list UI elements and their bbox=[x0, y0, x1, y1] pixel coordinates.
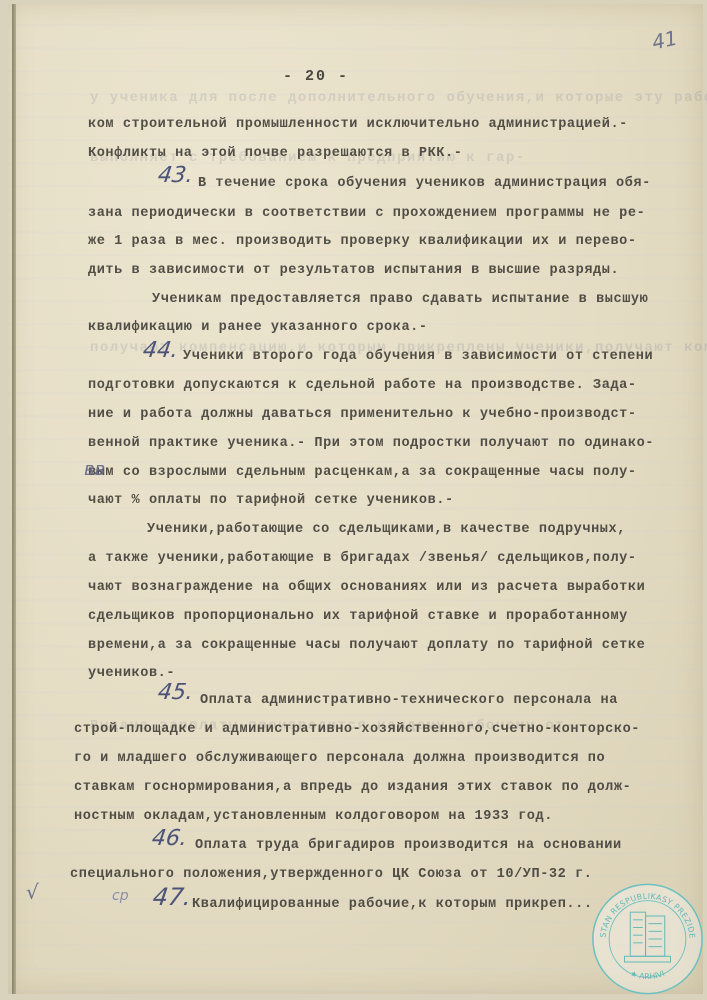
text-line: вым со взрослыми сдельным расценкам,а за… bbox=[88, 465, 637, 480]
clause-number-44: 44. bbox=[141, 338, 180, 363]
text-line: квалификацию и ранее указанного срока.- bbox=[88, 320, 428, 335]
text-line: го и младшего обслуживающего персонала д… bbox=[74, 751, 605, 766]
text-line: зана периодически в соответствии с прохо… bbox=[88, 206, 645, 221]
text-line: строй-площадке и административно-хозяйст… bbox=[74, 722, 640, 737]
text-line: венной практике ученика.- При этом подро… bbox=[88, 436, 654, 451]
text-line: учеников.- bbox=[88, 666, 175, 681]
clause-number-47: 47. bbox=[151, 883, 193, 911]
text-line: Ученикам предоставляется право сдавать и… bbox=[152, 292, 648, 307]
text-line: дить в зависимости от результатов испыта… bbox=[88, 263, 619, 278]
clause-number-46: 46. bbox=[150, 826, 189, 851]
text-line: чают вознаграждение на общих основаниях … bbox=[88, 580, 645, 595]
page-number: - 20 - bbox=[283, 68, 349, 85]
text-line: Ученики,работающие со сдельщиками,в каче… bbox=[147, 522, 626, 537]
text-line: Оплата административно-технического перс… bbox=[200, 693, 618, 708]
text-line: ставкам госнормирования,а впредь до изда… bbox=[74, 780, 631, 795]
archive-stamp-icon: QAZAQSTAN RESPUBLIKASY PREZIDENTINIŃ ★ A… bbox=[590, 880, 705, 998]
text-line: же 1 раза в мес. производить проверку кв… bbox=[88, 234, 637, 249]
binding-edge bbox=[12, 4, 16, 994]
bleed-through-text: у ученика для после дополнительного обуч… bbox=[90, 90, 707, 106]
text-line: ностным окладам,установленным колдоговор… bbox=[74, 809, 553, 824]
text-line: сдельщиков пропорционально их тарифной с… bbox=[88, 609, 628, 624]
checkmark-margin: √ bbox=[26, 880, 39, 904]
margin-correction-mark: вв bbox=[84, 459, 105, 480]
margin-note: ср bbox=[112, 888, 129, 904]
text-line: Конфликты на этой почве разрешаются в РК… bbox=[88, 146, 462, 161]
text-line: В течение срока обучения учеников админи… bbox=[198, 176, 651, 191]
text-line: специального положения,утвержденного ЦК … bbox=[70, 867, 592, 882]
clause-number-43: 43. bbox=[156, 163, 195, 188]
text-line: чают % оплаты по тарифной сетке учеников… bbox=[88, 493, 454, 508]
text-line: Оплата труда бригадиров производится на … bbox=[195, 838, 622, 853]
clause-number-45: 45. bbox=[156, 680, 195, 705]
text-line: подготовки допускаются к сдельной работе… bbox=[88, 378, 637, 393]
text-line: Ученики второго года обучения в зависимо… bbox=[183, 349, 653, 364]
text-line: ние и работа должны даваться применитель… bbox=[88, 407, 637, 422]
text-line: времени,а за сокращенные часы получают д… bbox=[88, 638, 645, 653]
text-line: ком строительной промышленности исключит… bbox=[88, 117, 628, 132]
text-line: Квалифицированные рабочие,к которым прик… bbox=[192, 897, 593, 912]
text-line: а также ученики,работающие в бригадах /з… bbox=[88, 551, 637, 566]
